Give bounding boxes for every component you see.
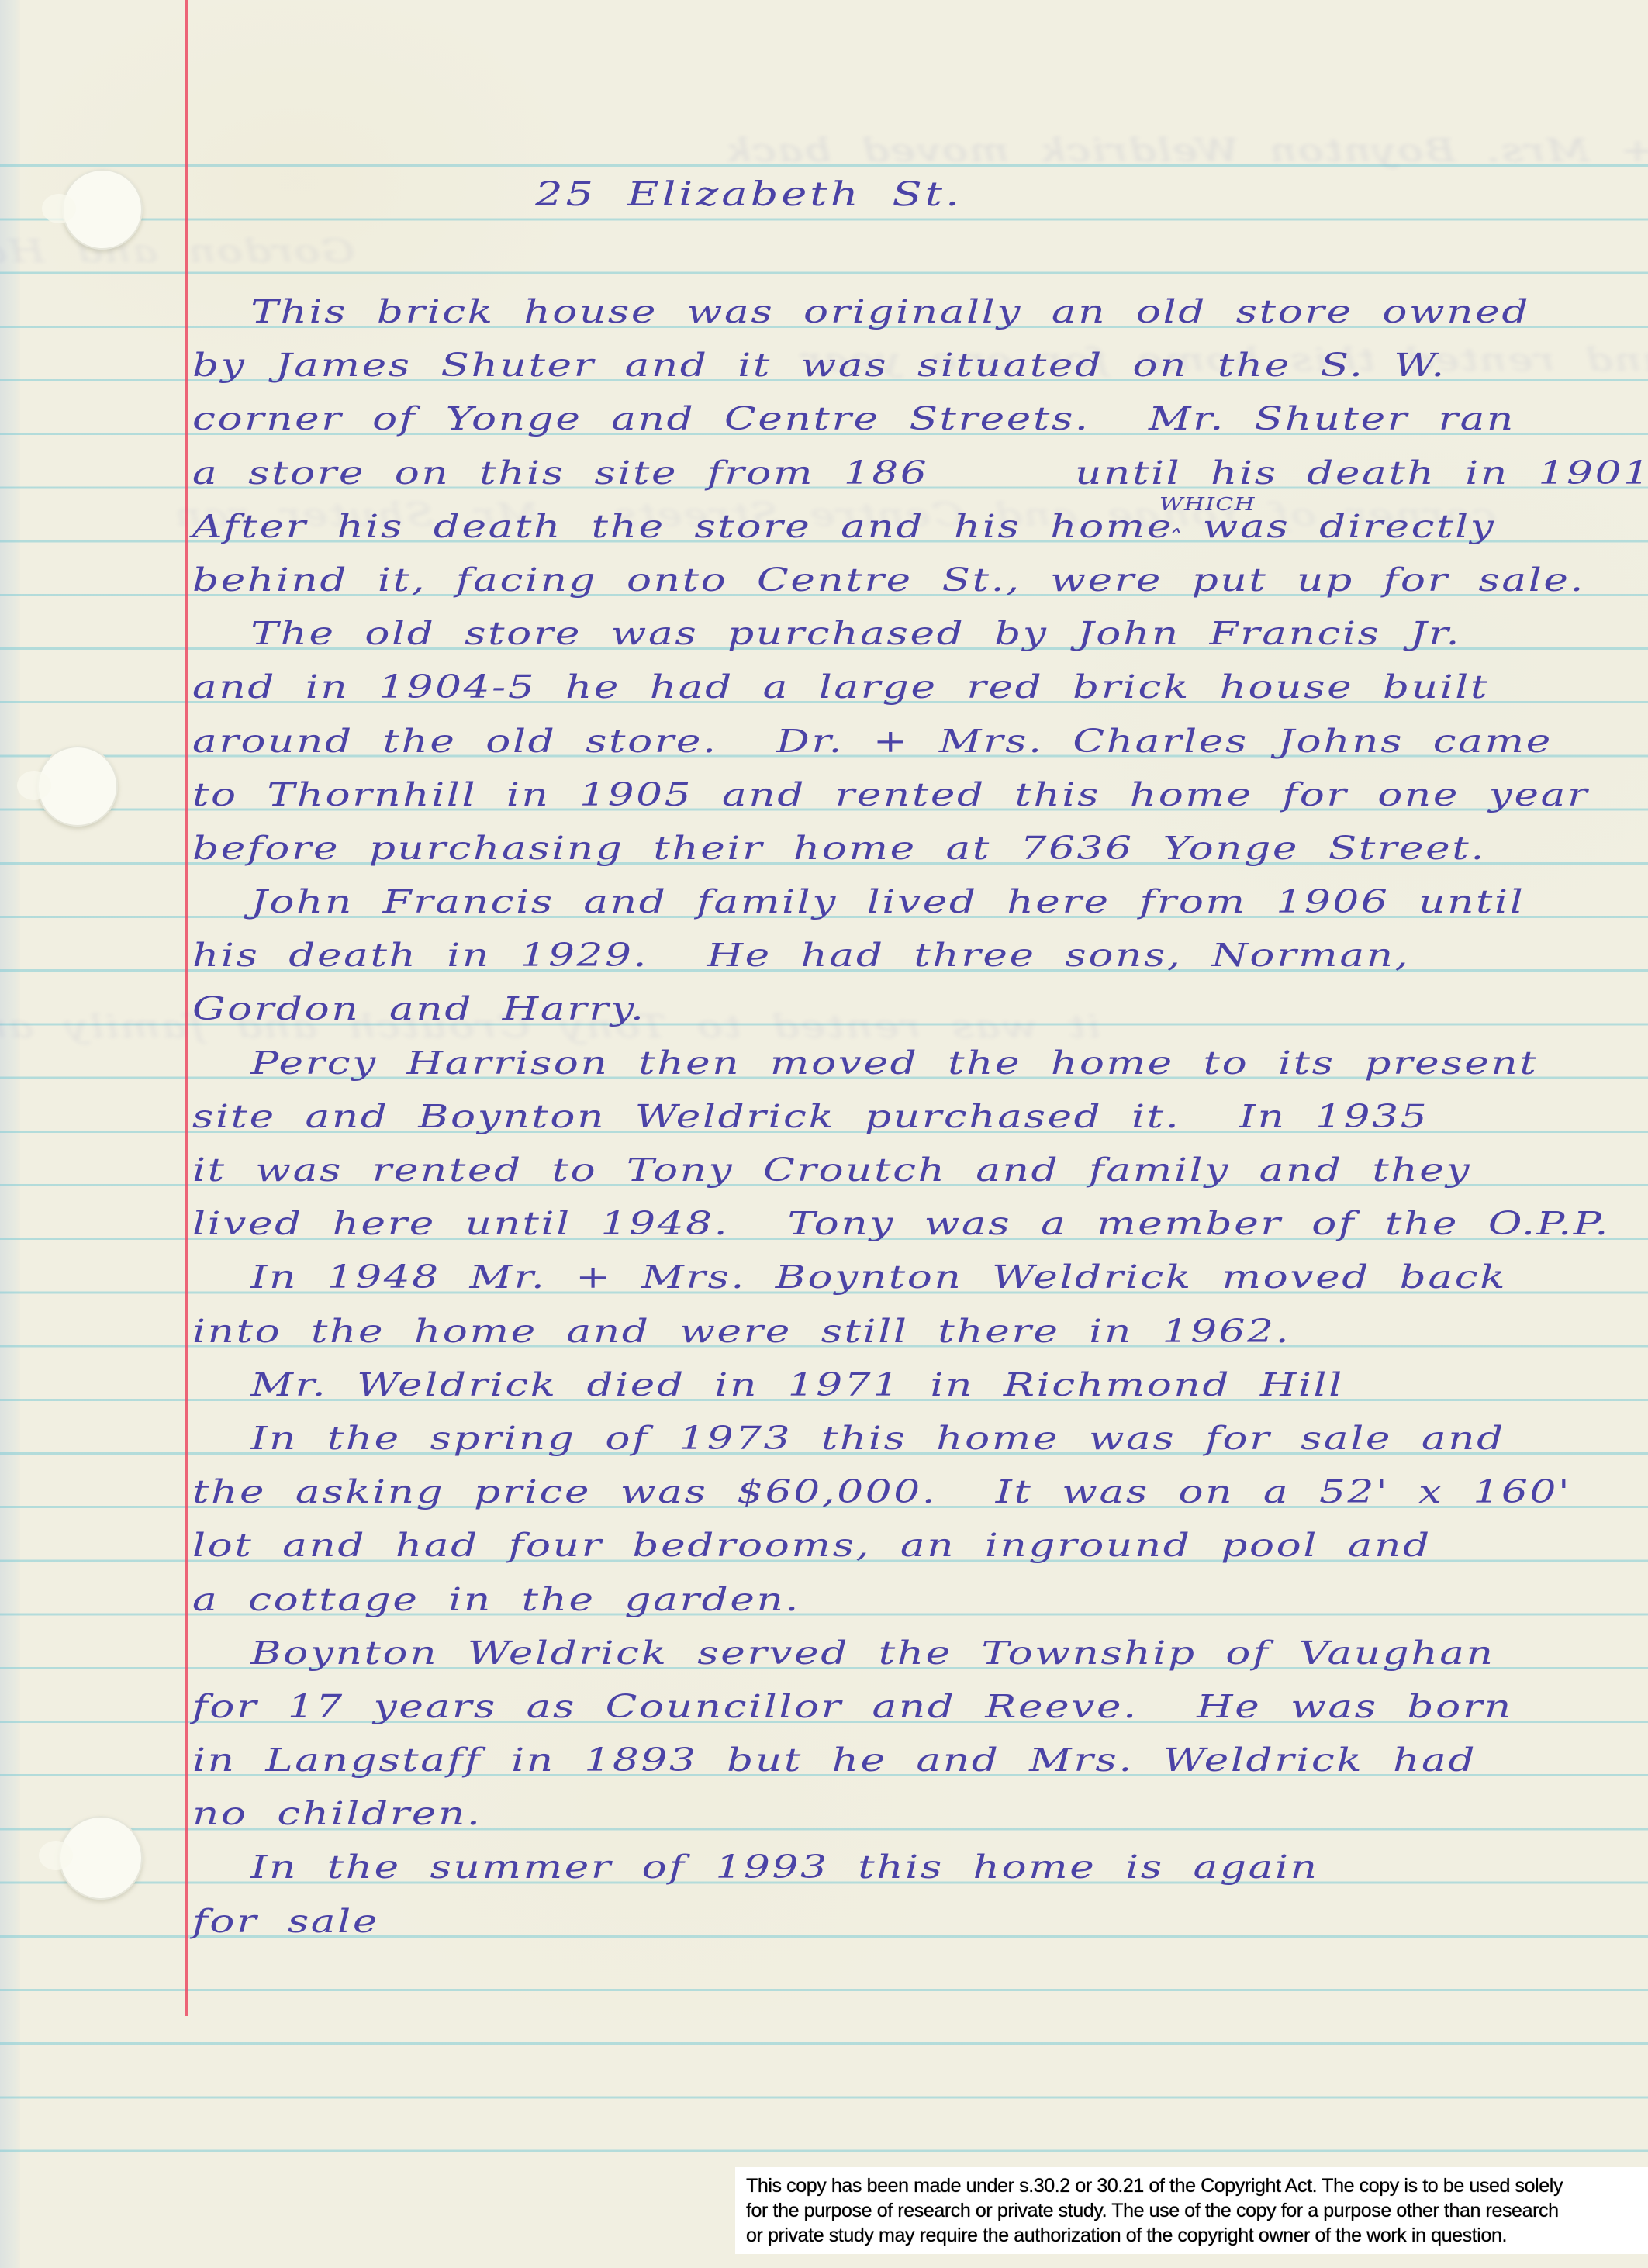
handwritten-line: for 17 years as Councillor and Reeve. He… <box>192 1680 1648 1734</box>
handwritten-line: in Langstaff in 1893 but he and Mrs. Wel… <box>192 1734 1648 1787</box>
scanned-notebook-page: In 1948 Mr. + Mrs. Boynton Weldrick move… <box>0 0 1648 2268</box>
handwritten-line: Percy Harrison then moved the home to it… <box>192 1037 1648 1090</box>
handwritten-line-with-insert: After his death the store and his homeWH… <box>192 500 1648 554</box>
handwritten-line: a store on this site from 186 until his … <box>192 447 1648 500</box>
handwritten-line: corner of Yonge and Centre Streets. Mr. … <box>192 392 1648 446</box>
handwritten-line: and in 1904-5 he had a large red brick h… <box>192 661 1648 714</box>
hole-punch-bottom <box>59 1816 143 1900</box>
copyright-notice: This copy has been made under s.30.2 or … <box>735 2167 1648 2254</box>
handwritten-line: around the old store. Dr. + Mrs. Charles… <box>192 715 1648 768</box>
handwritten-line: into the home and were still there in 19… <box>192 1305 1648 1358</box>
handwritten-line: to Thornhill in 1905 and rented this hom… <box>192 768 1648 822</box>
caret-icon: ˄ <box>1169 528 1186 550</box>
handwritten-line: In 1948 Mr. + Mrs. Boynton Weldrick move… <box>192 1251 1648 1304</box>
handwritten-line: it was rented to Tony Croutch and family… <box>192 1144 1648 1197</box>
red-margin-line <box>185 0 188 2016</box>
inserted-word: WHICH <box>1159 496 1256 514</box>
handwritten-line: Mr. Weldrick died in 1971 in Richmond Hi… <box>192 1358 1648 1412</box>
handwritten-line: no children. <box>192 1787 1648 1841</box>
handwritten-line: The old store was purchased by John Fran… <box>192 607 1648 661</box>
page-title: 25 Elizabeth St. <box>535 175 962 214</box>
handwritten-line: site and Boynton Weldrick purchased it. … <box>192 1090 1648 1144</box>
handwritten-line: the asking price was $60,000. It was on … <box>192 1465 1648 1519</box>
handwritten-line: for sale <box>192 1895 1648 1949</box>
hole-punch-middle <box>37 746 118 827</box>
copyright-line: or private study may require the authori… <box>746 2223 1640 2248</box>
handwritten-line: a cottage in the garden. <box>192 1573 1648 1627</box>
handwritten-line: his death in 1929. He had three sons, No… <box>192 929 1648 982</box>
hole-punch-top <box>62 169 143 250</box>
handwritten-text: This brick house was originally an old s… <box>192 285 1326 1949</box>
handwritten-line: Gordon and Harry. <box>192 982 1648 1036</box>
copyright-line: for the purpose of research or private s… <box>746 2198 1640 2223</box>
handwritten-line: lived here until 1948. Tony was a member… <box>192 1197 1648 1251</box>
handwritten-line: behind it, facing onto Centre St., were … <box>192 554 1648 607</box>
copyright-line: This copy has been made under s.30.2 or … <box>746 2173 1640 2198</box>
line-text: After his death the store and his home <box>192 508 1173 545</box>
handwritten-line: John Francis and family lived here from … <box>192 875 1648 929</box>
handwritten-line: In the spring of 1973 this home was for … <box>192 1412 1648 1465</box>
handwritten-line: In the summer of 1993 this home is again <box>192 1841 1648 1894</box>
handwritten-line: lot and had four bedrooms, an inground p… <box>192 1519 1648 1572</box>
handwritten-line: before purchasing their home at 7636 Yon… <box>192 822 1648 875</box>
handwritten-line: by James Shuter and it was situated on t… <box>192 339 1648 392</box>
handwritten-line: Boynton Weldrick served the Township of … <box>192 1627 1648 1680</box>
handwritten-line: This brick house was originally an old s… <box>192 285 1648 339</box>
